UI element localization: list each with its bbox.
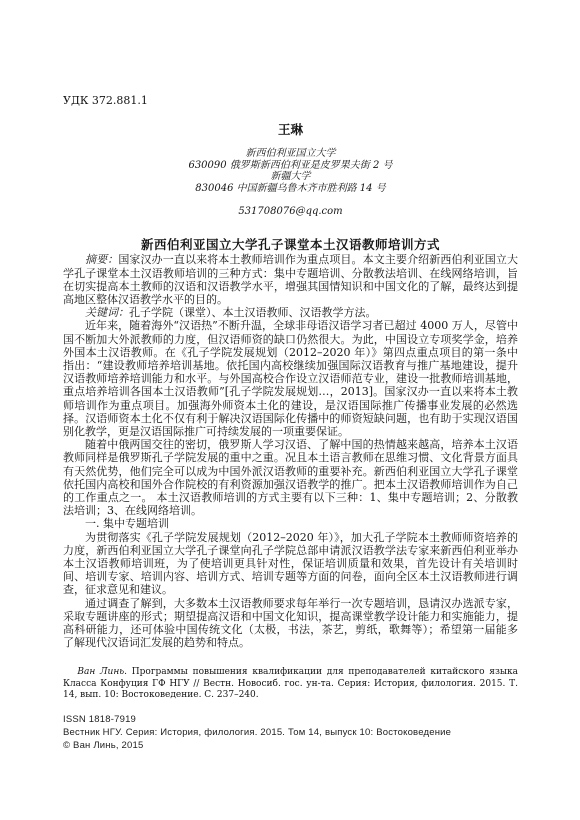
affiliation-line-university-2: 新疆大学 — [63, 171, 518, 183]
affiliation-block: 新西伯利亚国立大学 630090 俄罗斯新西伯利亚是皮罗果夫街 2 号 新疆大学… — [63, 148, 518, 194]
section-1-heading: 一. 集中专题培训 — [63, 517, 518, 530]
article-title: 新西伯利亚国立大学孔子课堂本土汉语教师培训方式 — [63, 235, 518, 253]
section-1-paragraph-1: 为贯彻落实《孔子学院发展规划（2012–2020 年）》，加大孔子学院本土教师师… — [63, 531, 518, 597]
document-page: УДК 372.881.1 王琳 新西伯利亚国立大学 630090 俄罗斯新西伯… — [0, 0, 580, 820]
keywords-paragraph: 关键词：孔子学院（课堂）、本土汉语教师、汉语教学方法。 — [63, 306, 518, 319]
author-email: 531708076@qq.com — [63, 206, 518, 217]
affiliation-line-address-2: 830046 中国新疆乌鲁木齐市胜利路 14 号 — [63, 183, 518, 195]
imprint-block: ISSN 1818-7919 Вестник НГУ. Серия: Истор… — [63, 713, 518, 752]
udc-number: УДК 372.881.1 — [63, 94, 518, 107]
citation-reference: Ван Линь. Программы повышения квалификац… — [63, 667, 518, 702]
issn-line: ISSN 1818-7919 — [63, 713, 518, 726]
keywords-text: 孔子学院（课堂）、本土汉语教师、汉语教学方法。 — [129, 306, 377, 319]
keywords-label: 关键词： — [85, 306, 129, 319]
abstract-label: 摘要： — [85, 253, 118, 266]
author-name: 王琳 — [63, 120, 518, 138]
journal-line: Вестник НГУ. Серия: История, филология. … — [63, 726, 518, 739]
copyright-line: © Ван Линь, 2015 — [63, 739, 518, 752]
citation-author: Ван Линь. — [77, 667, 127, 677]
body-paragraph-1: 近年来，随着海外“汉语热”不断升温，全球非母语汉语学习者已超过 4000 万人，… — [63, 319, 518, 438]
affiliation-line-university-1: 新西伯利亚国立大学 — [63, 148, 518, 160]
affiliation-line-address-1: 630090 俄罗斯新西伯利亚是皮罗果夫街 2 号 — [63, 160, 518, 172]
citation-text: Программы повышения квалификации для пре… — [63, 667, 518, 700]
abstract-text: 国家汉办一直以来将本土教师培训作为重点项目。本文主要介绍新西伯利亚国立大学孔子课… — [63, 253, 518, 306]
abstract-paragraph: 摘要：国家汉办一直以来将本土教师培训作为重点项目。本文主要介绍新西伯利亚国立大学… — [63, 253, 518, 306]
section-1-paragraph-2: 通过调查了解到，大多数本土汉语教师要求每年举行一次专题培训，恳请汉办选派专家，采… — [63, 597, 518, 650]
body-paragraph-2: 随着中俄两国交往的密切，俄罗斯人学习汉语、了解中国的热情越来越高，培养本土汉语教… — [63, 438, 518, 517]
